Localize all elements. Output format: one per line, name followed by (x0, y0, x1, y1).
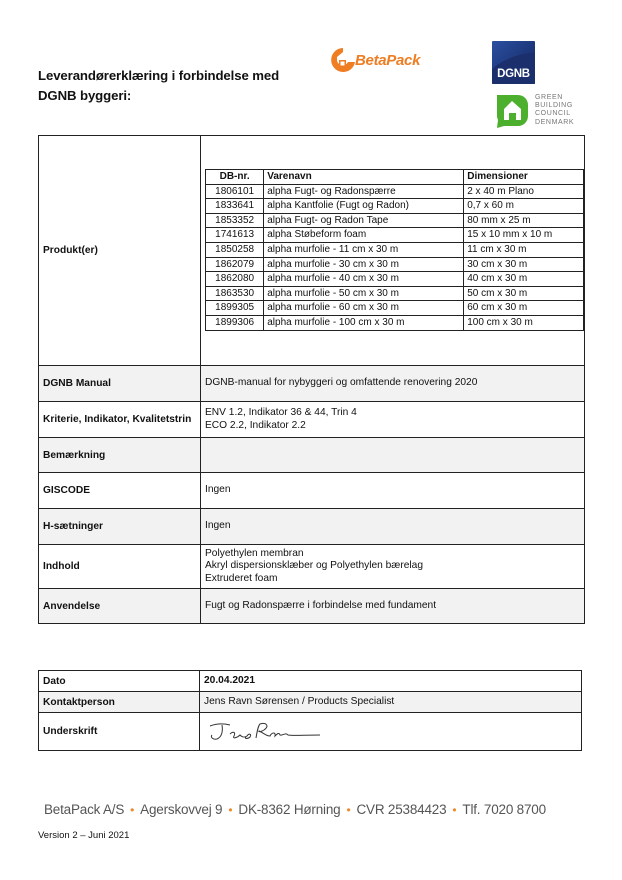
indhold-line: Polyethylen membran (205, 548, 584, 560)
products-cell: DB-nr. Varenavn Dimensioner 1806101alpha… (201, 136, 584, 365)
gbc-house-icon (494, 92, 530, 128)
label-kriterie: Kriterie, Indikator, Kvalitetstrin (39, 402, 201, 437)
value-dgnb-manual: DGNB-manual for nybyggeri og omfattende … (201, 366, 584, 401)
product-varenavn: alpha murfolie - 30 cm x 30 m (264, 257, 464, 272)
product-row: 1741613alpha Støbeform foam15 x 10 mm x … (206, 228, 584, 243)
footer-separator: • (124, 803, 140, 817)
label-underskrift: Underskrift (39, 713, 200, 750)
footer-phone: Tlf. 7020 8700 (462, 802, 546, 817)
product-db-nr: 1899306 (206, 315, 264, 330)
indhold-line: Akryl dispersionsklæber og Polyethylen b… (205, 560, 584, 572)
footer-separator: • (446, 803, 462, 817)
product-row: 1899305alpha murfolie - 60 cm x 30 m60 c… (206, 301, 584, 316)
footer-separator: • (340, 803, 356, 817)
row-dato: Dato 20.04.2021 (39, 671, 581, 691)
product-db-nr: 1899305 (206, 301, 264, 316)
product-row: 1863530alpha murfolie - 50 cm x 30 m50 c… (206, 286, 584, 301)
label-dato: Dato (39, 671, 200, 691)
product-varenavn: alpha murfolie - 60 cm x 30 m (264, 301, 464, 316)
product-dimensioner: 80 mm x 25 m (464, 213, 584, 228)
value-bemaerkning (201, 438, 584, 472)
dgnb-logo: DGNB (492, 41, 535, 84)
label-giscode: GISCODE (39, 473, 201, 508)
label-anvendelse: Anvendelse (39, 589, 201, 623)
version-label: Version 2 – Juni 2021 (38, 830, 129, 841)
product-varenavn: alpha murfolie - 50 cm x 30 m (264, 286, 464, 301)
betapack-house-icon (330, 46, 356, 76)
product-row: 1850258alpha murfolie - 11 cm x 30 m11 c… (206, 242, 584, 257)
product-db-nr: 1850258 (206, 242, 264, 257)
footer-separator: • (222, 803, 238, 817)
product-row: 1806101alpha Fugt- og Radonspærre2 x 40 … (206, 184, 584, 199)
row-anvendelse: Anvendelse Fugt og Radonspærre i forbind… (39, 588, 584, 623)
value-h-saetninger: Ingen (201, 509, 584, 544)
product-row: 1899306alpha murfolie - 100 cm x 30 m100… (206, 315, 584, 330)
value-kontaktperson: Jens Ravn Sørensen / Products Specialist (200, 692, 581, 712)
col-dimensioner: Dimensioner (464, 170, 584, 185)
indhold-line: Extruderet foam (205, 573, 584, 585)
product-varenavn: alpha Fugt- og Radon Tape (264, 213, 464, 228)
dgnb-wordmark: DGNB (492, 68, 535, 80)
gbc-wordmark: GREEN BUILDING COUNCIL DENMARK (535, 94, 574, 127)
label-bemaerkning: Bemærkning (39, 438, 201, 472)
company-footer: BetaPack A/S•Agerskovvej 9•DK-8362 Hørni… (44, 802, 546, 817)
label-indhold: Indhold (39, 545, 201, 588)
product-dimensioner: 11 cm x 30 m (464, 242, 584, 257)
row-kontaktperson: Kontaktperson Jens Ravn Sørensen / Produ… (39, 691, 581, 712)
row-giscode: GISCODE Ingen (39, 472, 584, 508)
product-dimensioner: 50 cm x 30 m (464, 286, 584, 301)
title-line-2: DGNB byggeri: (38, 86, 279, 106)
row-bemaerkning: Bemærkning (39, 437, 584, 472)
product-db-nr: 1862080 (206, 272, 264, 287)
product-db-nr: 1862079 (206, 257, 264, 272)
document-title: Leverandørerklæring i forbindelse med DG… (38, 66, 279, 106)
value-dato: 20.04.2021 (200, 671, 581, 691)
footer-company: BetaPack A/S (44, 802, 124, 817)
label-dgnb-manual: DGNB Manual (39, 366, 201, 401)
label-kontaktperson: Kontaktperson (39, 692, 200, 712)
product-varenavn: alpha Støbeform foam (264, 228, 464, 243)
product-dimensioner: 15 x 10 mm x 10 m (464, 228, 584, 243)
product-varenavn: alpha murfolie - 100 cm x 30 m (264, 315, 464, 330)
value-anvendelse: Fugt og Radonspærre i forbindelse med fu… (201, 589, 584, 623)
product-db-nr: 1863530 (206, 286, 264, 301)
product-db-nr: 1833641 (206, 199, 264, 214)
signature-table: Dato 20.04.2021 Kontaktperson Jens Ravn … (38, 670, 582, 751)
product-dimensioner: 0,7 x 60 m (464, 199, 584, 214)
col-db-nr: DB-nr. (206, 170, 264, 185)
product-dimensioner: 2 x 40 m Plano (464, 184, 584, 199)
product-varenavn: alpha Kantfolie (Fugt og Radon) (264, 199, 464, 214)
product-varenavn: alpha murfolie - 11 cm x 30 m (264, 242, 464, 257)
signature-image (204, 720, 324, 744)
products-body: 1806101alpha Fugt- og Radonspærre2 x 40 … (206, 184, 584, 330)
declaration-table: Produkt(er) DB-nr. Varenavn Dimensioner … (38, 135, 585, 624)
value-indhold: Polyethylen membran Akryl dispersionsklæ… (201, 545, 584, 588)
label-h-saetninger: H-sætninger (39, 509, 201, 544)
product-db-nr: 1806101 (206, 184, 264, 199)
footer-address: Agerskovvej 9 (140, 802, 222, 817)
footer-city: DK-8362 Hørning (238, 802, 340, 817)
betapack-wordmark: BetaPack (355, 52, 420, 69)
title-line-1: Leverandørerklæring i forbindelse med (38, 66, 279, 86)
label-products: Produkt(er) (39, 136, 201, 365)
product-row: 1833641alpha Kantfolie (Fugt og Radon)0,… (206, 199, 584, 214)
footer-cvr: CVR 25384423 (356, 802, 446, 817)
product-dimensioner: 60 cm x 30 m (464, 301, 584, 316)
product-row: 1853352alpha Fugt- og Radon Tape80 mm x … (206, 213, 584, 228)
row-kriterie: Kriterie, Indikator, Kvalitetstrin ENV 1… (39, 401, 584, 437)
kriterie-line: ECO 2.2, Indikator 2.2 (205, 420, 584, 432)
product-db-nr: 1741613 (206, 228, 264, 243)
product-dimensioner: 30 cm x 30 m (464, 257, 584, 272)
product-row: 1862080alpha murfolie - 40 cm x 30 m40 c… (206, 272, 584, 287)
products-header-row: DB-nr. Varenavn Dimensioner (206, 170, 584, 185)
row-h-saetninger: H-sætninger Ingen (39, 508, 584, 544)
kriterie-line: ENV 1.2, Indikator 36 & 44, Trin 4 (205, 407, 584, 419)
value-kriterie: ENV 1.2, Indikator 36 & 44, Trin 4 ECO 2… (201, 402, 584, 437)
product-varenavn: alpha murfolie - 40 cm x 30 m (264, 272, 464, 287)
value-underskrift (200, 713, 581, 750)
row-dgnb-manual: DGNB Manual DGNB-manual for nybyggeri og… (39, 365, 584, 401)
value-giscode: Ingen (201, 473, 584, 508)
products-table: DB-nr. Varenavn Dimensioner 1806101alpha… (205, 169, 584, 331)
betapack-logo: BetaPack (330, 45, 450, 77)
row-indhold: Indhold Polyethylen membran Akryl disper… (39, 544, 584, 588)
product-db-nr: 1853352 (206, 213, 264, 228)
product-dimensioner: 100 cm x 30 m (464, 315, 584, 330)
product-dimensioner: 40 cm x 30 m (464, 272, 584, 287)
row-products: Produkt(er) DB-nr. Varenavn Dimensioner … (39, 136, 584, 365)
col-varenavn: Varenavn (264, 170, 464, 185)
product-row: 1862079alpha murfolie - 30 cm x 30 m30 c… (206, 257, 584, 272)
product-varenavn: alpha Fugt- og Radonspærre (264, 184, 464, 199)
row-underskrift: Underskrift (39, 712, 581, 750)
green-building-council-logo: GREEN BUILDING COUNCIL DENMARK (494, 92, 584, 128)
